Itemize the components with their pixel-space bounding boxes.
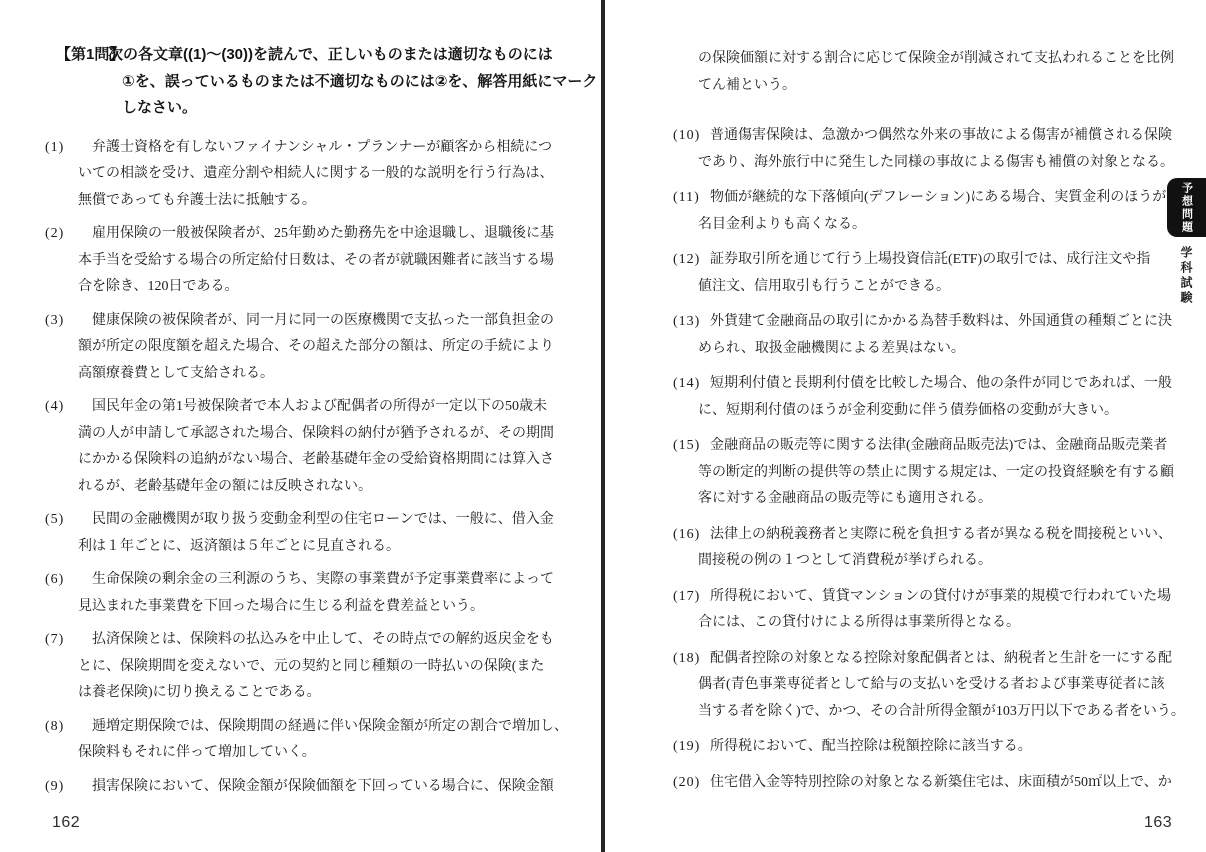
item-text: 配偶者控除の対象となる控除対象配偶者とは、納税者と生計を一にする配 偶者(青色事… xyxy=(698,646,1188,726)
item-text: 逓増定期保険では、保険期間の経過に伴い保険金額が所定の割合で増加し、 保険料もそ… xyxy=(78,714,565,767)
item-text: 生命保険の剰余金の三利源のうち、実際の事業費が予定事業費率によって 見込まれた事… xyxy=(78,567,565,620)
question-item-7: (7) 払済保険とは、保険料の払込みを中止して、その時点での解約返戻金をも とに… xyxy=(45,627,565,707)
question-item-12: (12) 証券取引所を通じて行う上場投資信託(ETF)の取引では、成行注文や指 … xyxy=(673,247,1188,300)
item-number: (20) xyxy=(673,770,700,797)
question-item-9: (9) 損害保険において、保険金額が保険価額を下回っている場合に、保険金額 xyxy=(45,774,565,801)
item-text: 外貨建て金融商品の取引にかかる為替手数料は、外国通貨の種類ごとに決 められ、取扱… xyxy=(698,309,1188,362)
item-text: 健康保険の被保険者が、同一月に同一の医療機関で支払った一部負担金の 額が所定の限… xyxy=(78,308,565,388)
item-text: の保険価額に対する割合に応じて保険金が削減されて支払われることを比例 てん補とい… xyxy=(698,46,1188,99)
item-number: (13) xyxy=(673,309,700,336)
chapter-tab: 予想問題 xyxy=(1167,178,1206,237)
question-item-18: (18) 配偶者控除の対象となる控除対象配偶者とは、納税者と生計を一にする配 偶… xyxy=(673,646,1188,726)
question-item-13: (13) 外貨建て金融商品の取引にかかる為替手数料は、外国通貨の種類ごとに決 め… xyxy=(673,309,1188,362)
item-text: 普通傷害保険は、急激かつ偶然な外来の事故による傷害が補償される保険 であり、海外… xyxy=(698,123,1188,176)
item-number: (7) xyxy=(45,627,64,654)
item-text: 所得税において、賃貸マンションの貸付けが事業的規模で行われていた場 合には、この… xyxy=(698,584,1188,637)
question-item-3: (3) 健康保険の被保険者が、同一月に同一の医療機関で支払った一部負担金の 額が… xyxy=(45,308,565,388)
question-item-19: (19) 所得税において、配当控除は税額控除に該当する。 xyxy=(673,734,1188,761)
item-number: (2) xyxy=(45,221,64,248)
question-item-17: (17) 所得税において、賃貸マンションの貸付けが事業的規模で行われていた場 合… xyxy=(673,584,1188,637)
question-item-6: (6) 生命保険の剰余金の三利源のうち、実際の事業費が予定事業費率によって 見込… xyxy=(45,567,565,620)
question-item-20: (20) 住宅借入金等特別控除の対象となる新築住宅は、床面積が50㎡以上で、か xyxy=(673,770,1188,797)
item-text: 弁護士資格を有しないファイナンシャル・プランナーが顧客から相続につ いての相談を… xyxy=(78,135,565,215)
item-text: 物価が継続的な下落傾向(デフレーション)にある場合、実質金利のほうが 名目金利よ… xyxy=(698,185,1188,238)
item-number: (6) xyxy=(45,567,64,594)
item-text: 民間の金融機関が取り扱う変動金利型の住宅ローンでは、一般に、借入金 利は１年ごと… xyxy=(78,507,565,560)
item-number: (5) xyxy=(45,507,64,534)
item-number: (17) xyxy=(673,584,700,611)
question-item-9-continuation: の保険価額に対する割合に応じて保険金が削減されて支払われることを比例 てん補とい… xyxy=(673,46,1188,99)
item-text: 短期利付債と長期利付債を比較した場合、他の条件が同じであれば、一般 に、短期利付… xyxy=(698,371,1188,424)
item-number: (10) xyxy=(673,123,700,150)
item-number: (4) xyxy=(45,394,64,421)
item-number: (15) xyxy=(673,433,700,460)
right-page: の保険価額に対する割合に応じて保険金が削減されて支払われることを比例 てん補とい… xyxy=(673,46,1188,805)
item-number: (9) xyxy=(45,774,64,801)
item-number: (1) xyxy=(45,135,64,162)
question-item-15: (15) 金融商品の販売等に関する法律(金融商品販売法)では、金融商品販売業者 … xyxy=(673,433,1188,513)
question-heading-text: 次の各文章((1)～(30))を読んで、正しいものまたは適切なものには ①を、誤… xyxy=(122,42,565,122)
item-number: (12) xyxy=(673,247,700,274)
question-item-8: (8) 逓増定期保険では、保険期間の経過に伴い保険金額が所定の割合で増加し、 保… xyxy=(45,714,565,767)
chapter-tab-sublabel: 学科試験 xyxy=(1167,246,1206,324)
question-item-2: (2) 雇用保険の一般被保険者が、25年勤めた勤務先を中途退職し、退職後に基 本… xyxy=(45,221,565,301)
chapter-tab-label: 予想問題 xyxy=(1179,182,1195,234)
question-item-1: (1) 弁護士資格を有しないファイナンシャル・プランナーが顧客から相続につ いて… xyxy=(45,135,565,215)
left-page: 【第1問】 次の各文章((1)～(30))を読んで、正しいものまたは適切なものに… xyxy=(45,42,565,807)
item-text: 法律上の納税義務者と実際に税を負担する者が異なる税を間接税といい、 間接税の例の… xyxy=(698,522,1188,575)
item-number: (19) xyxy=(673,734,700,761)
question-item-4: (4) 国民年金の第1号被保険者で本人および配偶者の所得が一定以下の50歳未 満… xyxy=(45,394,565,500)
chapter-tab-sublabel-text: 学科試験 xyxy=(1178,246,1195,306)
question-item-14: (14) 短期利付債と長期利付債を比較した場合、他の条件が同じであれば、一般 に… xyxy=(673,371,1188,424)
item-text: 証券取引所を通じて行う上場投資信託(ETF)の取引では、成行注文や指 値注文、信… xyxy=(698,247,1188,300)
item-number: (18) xyxy=(673,646,700,673)
question-item-16: (16) 法律上の納税義務者と実際に税を負担する者が異なる税を間接税といい、 間… xyxy=(673,522,1188,575)
item-text: 国民年金の第1号被保険者で本人および配偶者の所得が一定以下の50歳未 満の人が申… xyxy=(78,394,565,500)
item-text: 払済保険とは、保険料の払込みを中止して、その時点での解約返戻金をも とに、保険期… xyxy=(78,627,565,707)
book-spread: 【第1問】 次の各文章((1)～(30))を読んで、正しいものまたは適切なものに… xyxy=(0,0,1206,852)
item-text: 金融商品の販売等に関する法律(金融商品販売法)では、金融商品販売業者 等の断定的… xyxy=(698,433,1188,513)
question-heading-label: 【第1問】 xyxy=(56,42,124,69)
question-item-11: (11) 物価が継続的な下落傾向(デフレーション)にある場合、実質金利のほうが … xyxy=(673,185,1188,238)
item-number: (11) xyxy=(673,185,700,212)
item-number: (16) xyxy=(673,522,700,549)
item-number: (14) xyxy=(673,371,700,398)
center-divider xyxy=(601,0,605,852)
item-text: 雇用保険の一般被保険者が、25年勤めた勤務先を中途退職し、退職後に基 本手当を受… xyxy=(78,221,565,301)
question-item-10: (10) 普通傷害保険は、急激かつ偶然な外来の事故による傷害が補償される保険 で… xyxy=(673,123,1188,176)
page-number-left: 162 xyxy=(52,814,80,832)
item-text: 損害保険において、保険金額が保険価額を下回っている場合に、保険金額 xyxy=(78,774,565,801)
question-heading: 【第1問】 次の各文章((1)～(30))を読んで、正しいものまたは適切なものに… xyxy=(56,42,565,122)
page-number-right: 163 xyxy=(1144,814,1172,832)
item-number: (8) xyxy=(45,714,64,741)
question-item-5: (5) 民間の金融機関が取り扱う変動金利型の住宅ローンでは、一般に、借入金 利は… xyxy=(45,507,565,560)
item-text: 住宅借入金等特別控除の対象となる新築住宅は、床面積が50㎡以上で、か xyxy=(698,770,1188,797)
item-text: 所得税において、配当控除は税額控除に該当する。 xyxy=(698,734,1188,761)
item-number: (3) xyxy=(45,308,64,335)
